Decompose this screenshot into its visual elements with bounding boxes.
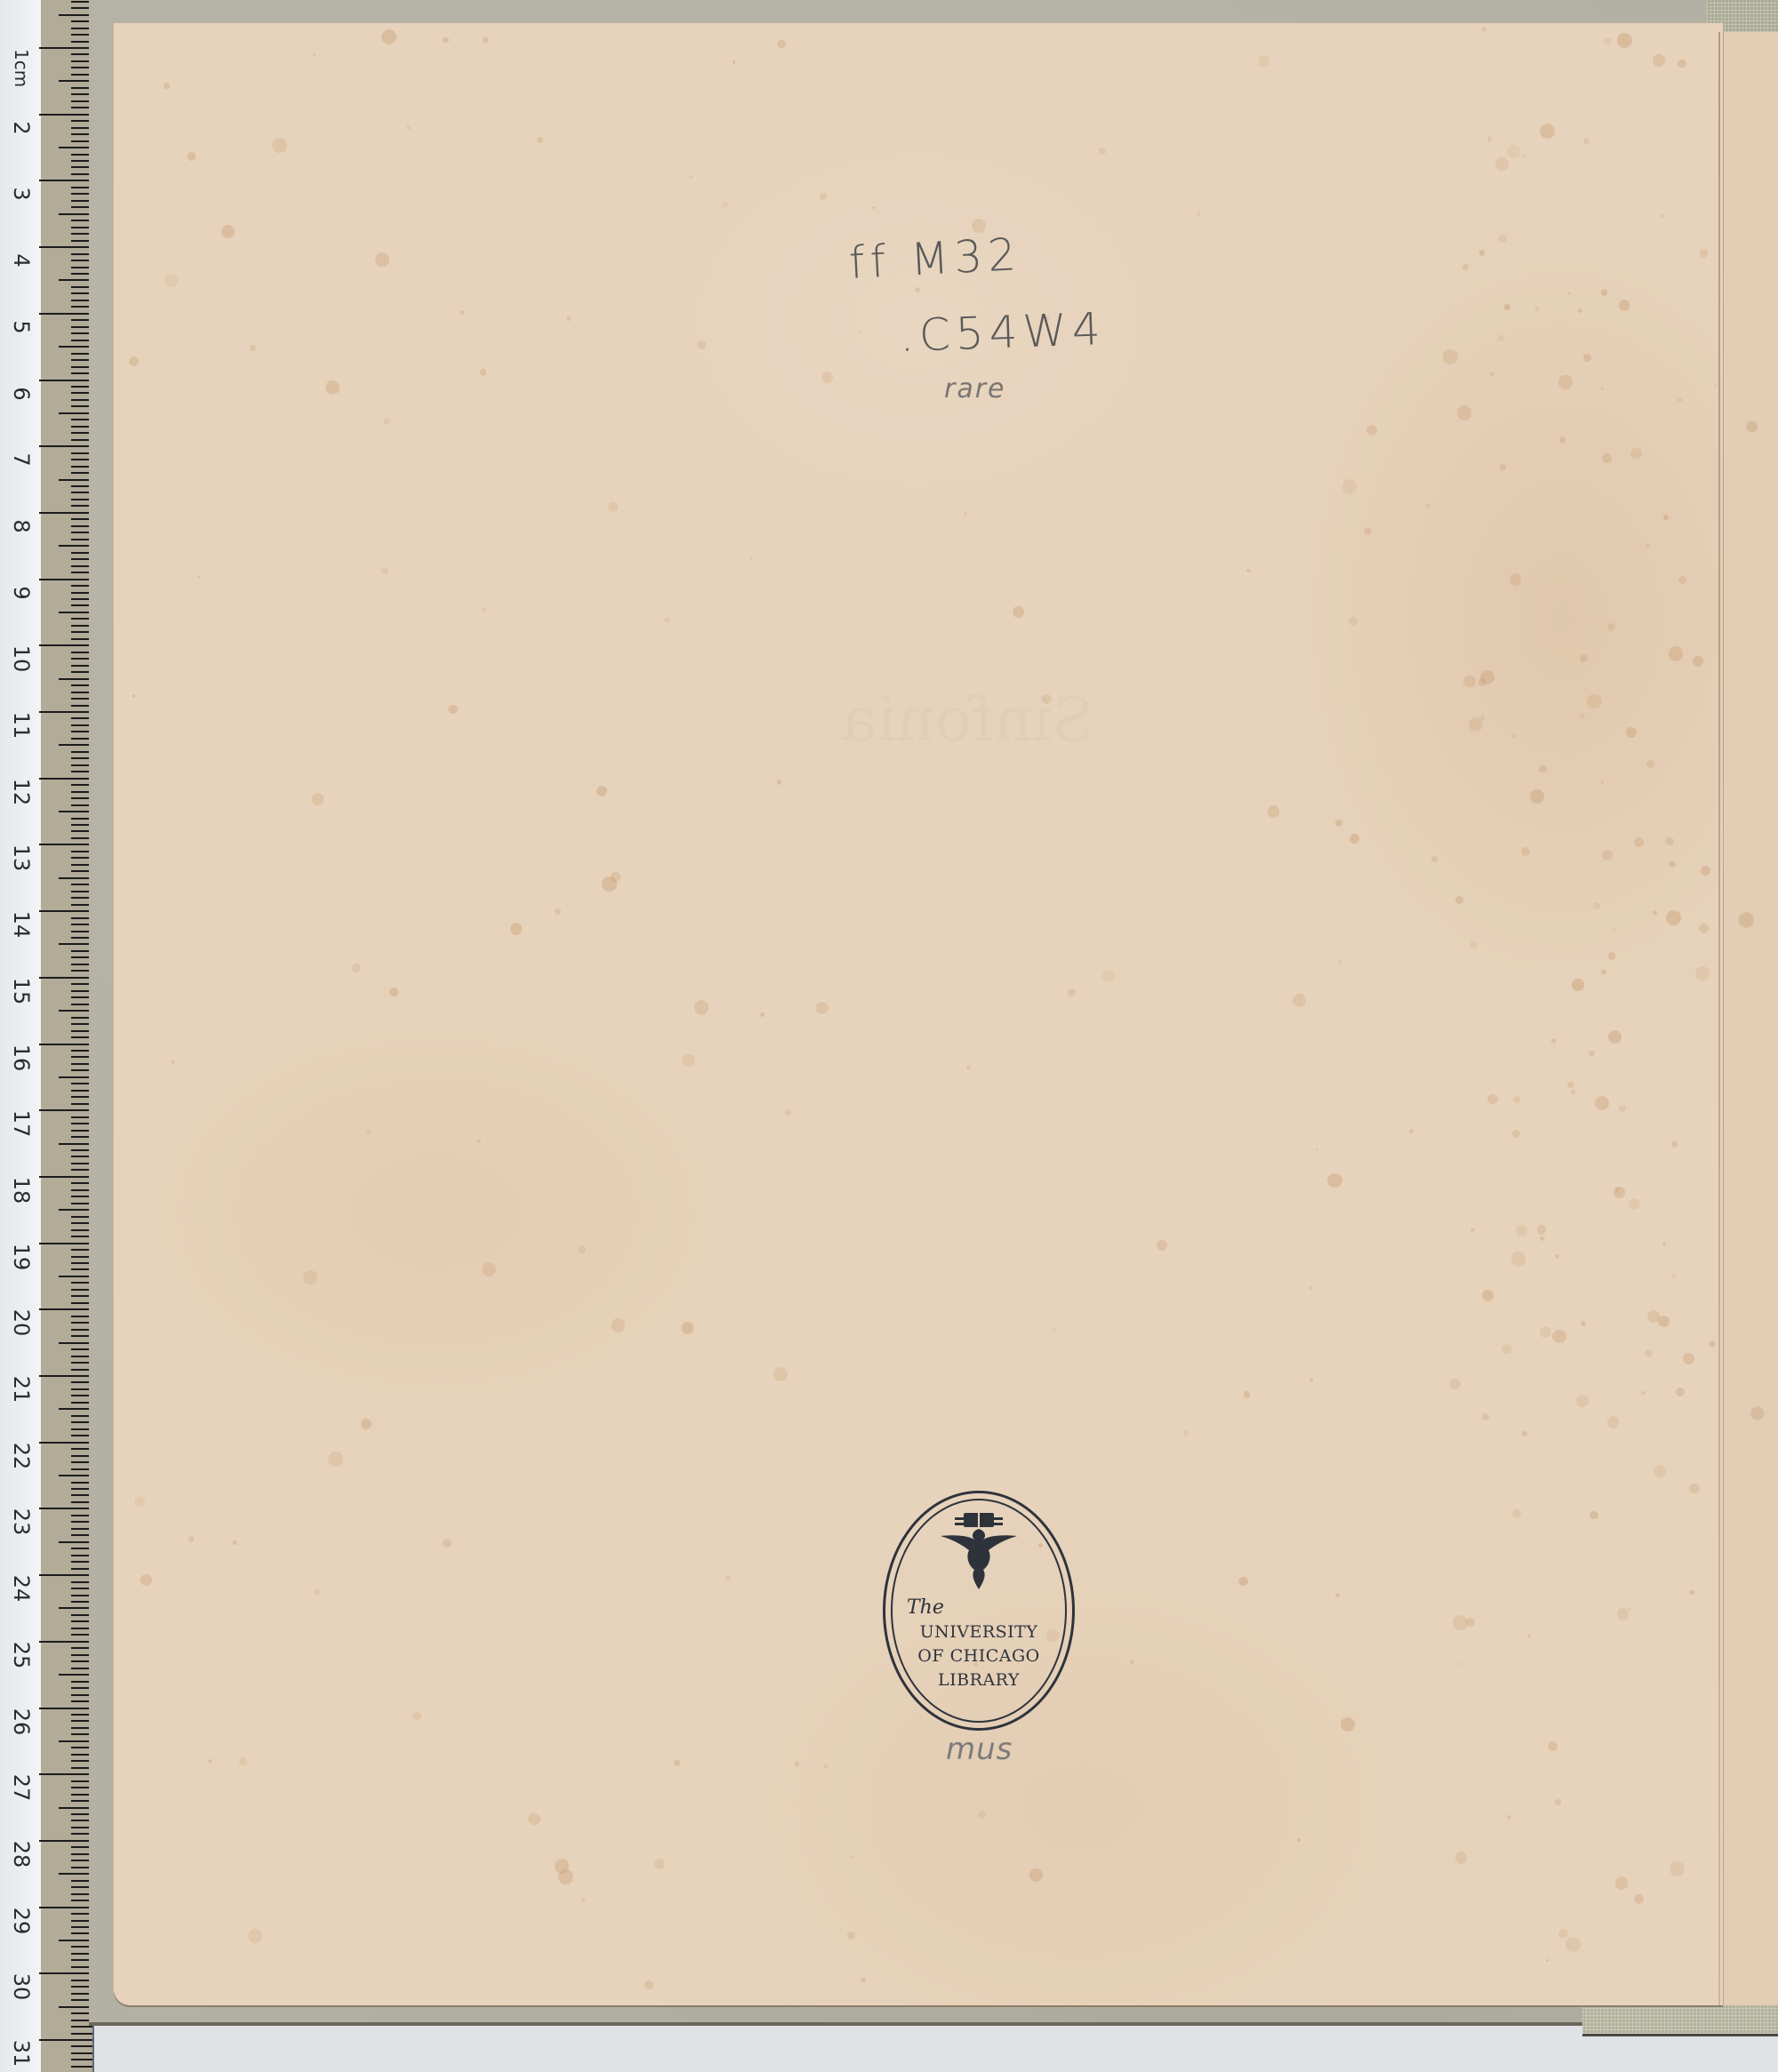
ruler-number: 2 [11, 112, 32, 144]
foxing-spot [1099, 148, 1106, 155]
foxing-spot [1535, 307, 1540, 311]
ruler-tick [59, 678, 92, 680]
foxing-spot [872, 206, 875, 209]
ruler-tick [39, 1840, 92, 1842]
ruler-number: 28 [11, 1838, 32, 1870]
ruler-tick [39, 313, 92, 315]
foxing-spot [1498, 335, 1504, 341]
cloth-binding-bottom [1582, 2005, 1778, 2036]
foxing-spot [1183, 1430, 1189, 1436]
ruler-tick [59, 1940, 92, 1941]
foxing-spot [448, 705, 458, 715]
foxing-spot [1665, 837, 1673, 845]
foxing-spot [1619, 1105, 1626, 1112]
foxing-spot [682, 1054, 694, 1067]
foxing-spot [1646, 760, 1654, 768]
ruler-tick [71, 2059, 92, 2060]
foxing-spot [361, 1419, 372, 1429]
foxing-spot [1512, 1509, 1521, 1518]
foxing-spot [1608, 952, 1616, 960]
ruler-tick [39, 1574, 92, 1576]
foxing-spot [1693, 656, 1703, 667]
foxing-spot [1462, 264, 1469, 270]
foxing-spot [1546, 1959, 1549, 1962]
foxing-spot [1507, 145, 1521, 159]
foxing-spot [510, 923, 523, 935]
foxing-spot [1567, 292, 1571, 295]
foxing-spot [1601, 970, 1606, 975]
foxing-spot [1500, 464, 1507, 471]
ruler-tick [59, 612, 92, 613]
foxing-spot [1578, 308, 1582, 313]
stamp-the: The [907, 1596, 944, 1619]
foxing-spot [1641, 1391, 1645, 1395]
foxing-spot [1246, 569, 1251, 573]
foxing-spot [366, 1129, 371, 1133]
foxing-spot [389, 988, 398, 996]
ruler-tick [71, 2066, 92, 2068]
ruler-tick [39, 47, 92, 49]
foxing-spot [824, 1764, 828, 1768]
foxing-spot [733, 60, 735, 63]
ruler-tick [39, 644, 92, 646]
foxing-spot [612, 1318, 625, 1332]
foxing-spot [1530, 789, 1544, 804]
ruler-tick [39, 445, 92, 447]
ruler-number: 4 [11, 244, 32, 276]
foxing-spot [1490, 372, 1494, 376]
foxing-spot [1455, 896, 1463, 904]
foxing-spot [1645, 1349, 1654, 1358]
foxing-spot [1587, 694, 1602, 709]
foxing-spot [1527, 1635, 1531, 1638]
foxing-spot [1671, 1274, 1675, 1277]
ruler-tick [39, 380, 92, 381]
foxing-spot [250, 345, 256, 351]
foxing-spot [1709, 1340, 1716, 1348]
ruler-number: 3 [11, 178, 32, 210]
foxing-spot [221, 225, 235, 238]
foxing-spot [1268, 805, 1279, 817]
foxing-spot [1558, 375, 1573, 389]
ruler-tick [39, 1308, 92, 1310]
ruler-tick [59, 479, 92, 481]
foxing-spot [1555, 1254, 1559, 1259]
ruler-tick [59, 1475, 92, 1476]
foxing-spot [1580, 714, 1585, 719]
ruler-number: 31 [11, 2037, 32, 2069]
foxing-spot [815, 1002, 829, 1015]
foxing-spot [1338, 960, 1342, 964]
foxing-spot [1583, 354, 1591, 362]
ruler-number: 6 [11, 378, 32, 410]
foxing-spot [1689, 1590, 1694, 1596]
foxing-spot [1482, 1413, 1489, 1420]
foxing-spot [1669, 646, 1684, 661]
foxing-spot [1615, 1876, 1629, 1890]
foxing-spot [1335, 820, 1342, 827]
foxing-spot [1590, 1511, 1598, 1519]
foxing-spot [1626, 727, 1637, 738]
foxing-spot [443, 1539, 452, 1548]
foxing-spot [1629, 1198, 1640, 1210]
foxing-spot [694, 1000, 709, 1014]
ruler-number: 14 [11, 908, 32, 940]
foxing-spot [1510, 573, 1521, 585]
foxing-spot [1683, 1353, 1694, 1364]
foxing-spot [1480, 716, 1485, 720]
call-number-line-2: .C54W4 [899, 303, 1107, 362]
foxing-spot [861, 1978, 865, 1982]
foxing-spot [1666, 910, 1681, 925]
ruler-number: 5 [11, 311, 32, 343]
ruler-number: 11 [11, 709, 32, 741]
foxing-spot [314, 1588, 320, 1595]
stamp-library: LIBRARY [885, 1670, 1072, 1690]
ruler-tick [59, 811, 92, 812]
ruler-tick [39, 1773, 92, 1775]
foxing-spot [1555, 1799, 1560, 1804]
foxing-spot [820, 193, 827, 200]
ruler-number: 1cm [12, 49, 30, 81]
foxing-spot [1589, 1051, 1595, 1057]
ruler-tick [39, 1641, 92, 1643]
foxing-spot [1701, 866, 1710, 876]
foxing-spot [1634, 1894, 1644, 1904]
foxing-spot [352, 964, 361, 972]
library-stamp: The UNIVERSITY OF CHICAGO LIBRARY [883, 1491, 1075, 1731]
foxing-spot [1661, 214, 1665, 219]
foxing-spot [722, 202, 727, 207]
foxing-spot [383, 418, 389, 424]
foxing-spot [1537, 1225, 1547, 1235]
foxing-spot [847, 1932, 855, 1940]
ruler-number: 9 [11, 577, 32, 609]
ruler-tick [59, 147, 92, 148]
foxing-spot [1238, 1577, 1248, 1587]
ruler-tick [39, 1375, 92, 1377]
foxing-spot [1470, 941, 1478, 949]
foxing-spot [664, 617, 670, 623]
foxing-spot [1511, 1252, 1526, 1266]
call-number-line-1: ff M32 [848, 228, 1023, 289]
foxing-spot [1068, 988, 1076, 996]
foxing-spot [1663, 515, 1669, 520]
foxing-spot [578, 1245, 587, 1254]
ruler-tick [59, 1740, 92, 1742]
foxing-spot [325, 380, 340, 395]
ruler-tick [39, 1508, 92, 1509]
foxing-spot [558, 1869, 573, 1884]
ruler-tick [59, 1674, 92, 1676]
foxing-spot [795, 1762, 799, 1766]
foxing-spot [1507, 1815, 1511, 1820]
foxing-spot [1513, 1096, 1520, 1103]
ruler-number: 17 [11, 1108, 32, 1140]
ruler-tick [59, 1276, 92, 1277]
foxing-spot [1455, 1852, 1467, 1863]
foxing-spot [773, 1367, 788, 1381]
ruler-number: 7 [11, 444, 32, 476]
foxing-spot [1567, 1082, 1574, 1088]
foxing-spot [1512, 734, 1517, 739]
foxing-spot [1457, 1662, 1461, 1666]
ruler-tick [59, 943, 92, 945]
foxing-spot [480, 369, 486, 375]
foxing-spot [1297, 1838, 1301, 1842]
foxing-spot [1522, 1431, 1527, 1436]
foxing-spot [750, 557, 753, 560]
ruler-number: 13 [11, 842, 32, 874]
foxing-spot [1364, 527, 1372, 535]
ruler-number: 27 [11, 1772, 32, 1804]
foxing-spot [1613, 928, 1616, 932]
foxing-spot [1316, 1148, 1318, 1151]
foxing-spot [248, 1929, 262, 1943]
foxing-spot [1671, 1141, 1678, 1148]
foxing-spot [1102, 970, 1115, 982]
foxing-spot [1695, 966, 1710, 980]
ruler-tick [59, 1342, 92, 1344]
foxing-spot [1548, 1741, 1557, 1750]
foxing-spot [406, 125, 411, 130]
ruler-number: 24 [11, 1572, 32, 1604]
ruler-tick [59, 877, 92, 879]
ruler-tick [39, 1176, 92, 1178]
ruler-tick [59, 213, 92, 215]
ruler-number: 10 [11, 643, 32, 675]
foxing-spot [849, 1855, 853, 1859]
ruler-number: 29 [11, 1905, 32, 1937]
ruler-number: 18 [11, 1174, 32, 1206]
foxing-spot [1309, 1378, 1313, 1381]
foxing-spot [1572, 979, 1584, 991]
foxing-spot [1157, 1240, 1167, 1251]
foxing-spot [1602, 453, 1612, 463]
foxing-spot [1653, 54, 1665, 67]
foxing-spot [777, 40, 785, 48]
foxing-spot [482, 1262, 496, 1276]
foxing-spot [1566, 1937, 1580, 1951]
foxing-spot [1487, 1094, 1497, 1104]
foxing-spot [239, 1757, 247, 1765]
gutter-fold [1718, 32, 1720, 2005]
foxing-spot [483, 607, 487, 612]
ruler-tick [39, 2039, 92, 2041]
foxing-spot [1449, 1379, 1460, 1389]
ruler-number: 16 [11, 1042, 32, 1074]
foxing-spot [1539, 765, 1547, 773]
foxing-spot [597, 786, 608, 797]
foxing-spot [1614, 1187, 1625, 1198]
ruler-tick [39, 977, 92, 979]
foxing-spot [1581, 1321, 1586, 1326]
foxing-spot [566, 316, 571, 321]
foxing-spot [272, 138, 287, 153]
foxing-spot [1646, 544, 1650, 548]
foxing-spot [312, 793, 324, 804]
foxing-spot [381, 29, 396, 44]
foxing-spot [1480, 670, 1494, 684]
ruler-number: 20 [11, 1307, 32, 1339]
foxing-spot [1453, 1615, 1468, 1630]
foxing-spot [581, 1898, 585, 1901]
foxing-spot [1504, 304, 1510, 310]
foxing-spot [1552, 1330, 1566, 1344]
foxing-spot [1630, 448, 1642, 460]
foxing-spot [555, 908, 561, 915]
foxing-spot [978, 1811, 986, 1819]
foxing-spot [1029, 1868, 1043, 1882]
foxing-spot [1523, 155, 1526, 157]
ruler-tick [39, 180, 92, 181]
foxing-spot [1558, 1929, 1568, 1939]
ruler-number: 15 [11, 975, 32, 1007]
foxing-spot [134, 1496, 145, 1507]
ruler-tick [71, 2045, 92, 2047]
foxing-spot [689, 175, 693, 179]
ruler-tick [59, 346, 92, 348]
ruler-tick [59, 1408, 92, 1410]
foxing-spot [674, 1760, 680, 1766]
ruler-number: 26 [11, 1706, 32, 1738]
foxing-spot [1571, 1090, 1575, 1094]
foxing-spot [1714, 384, 1717, 387]
foxing-spot [1258, 55, 1269, 67]
foxing-spot [1654, 1465, 1666, 1477]
foxing-spot [1540, 1236, 1544, 1241]
ruler-tick [59, 545, 92, 547]
foxing-spot [537, 137, 543, 143]
foxing-spot [1559, 436, 1566, 443]
foxing-spot [1700, 249, 1708, 257]
foxing-spot [528, 1813, 540, 1825]
foxing-spot [1670, 1861, 1685, 1876]
foxing-spot [964, 512, 967, 516]
foxing-spot [1607, 1416, 1619, 1428]
foxing-spot [164, 274, 178, 287]
foxing-spot [1013, 606, 1025, 619]
foxing-spot [1617, 33, 1632, 48]
ruler-number: 12 [11, 776, 32, 808]
ruler-scale-strip: 1cm2345678910111213141516171819202122232… [0, 0, 41, 2072]
foxing-spot [1042, 694, 1052, 704]
ruler-tick [59, 1807, 92, 1809]
ruler-tick [59, 1076, 92, 1078]
ruler-tick [59, 1143, 92, 1145]
foxing-spot [1619, 300, 1630, 311]
foxing-spot [1601, 388, 1604, 390]
foxing-spot [777, 780, 781, 784]
foxing-spot [1327, 1173, 1342, 1188]
foxing-spot [1699, 924, 1709, 933]
ruler-tick [39, 1109, 92, 1111]
foxing-spot [197, 575, 201, 579]
foxing-spot [208, 1759, 212, 1764]
foxing-spot [1409, 1129, 1413, 1132]
foxing-spot [1551, 1038, 1557, 1044]
foxing-spot [1366, 425, 1377, 436]
foxing-spot [132, 694, 135, 697]
ruler-tick [39, 711, 92, 713]
foxing-spot [645, 1980, 653, 1989]
foxing-spot [1540, 124, 1555, 139]
foxing-spot [1521, 847, 1530, 856]
ruler-tick [59, 279, 92, 281]
foxing-spot [129, 356, 139, 366]
foxing-spot [375, 252, 389, 267]
foxing-spot [164, 83, 169, 88]
ruler-tick [59, 1209, 92, 1211]
ruler-number: 25 [11, 1639, 32, 1671]
foxing-spot [915, 287, 920, 292]
adjacent-leaf [1722, 32, 1778, 2005]
foxing-spot [1540, 1326, 1551, 1338]
foxing-spot [1487, 136, 1492, 140]
ruler-tick [39, 114, 92, 116]
ruler-tick [59, 1873, 92, 1875]
ruler-tick [39, 512, 92, 514]
foxing-spot [1576, 1395, 1589, 1407]
foxing-spot [1481, 27, 1486, 32]
foxing-spot [654, 1859, 665, 1869]
foxing-spot [1634, 837, 1644, 847]
ruler-tick [59, 80, 92, 82]
foxing-spot [1342, 479, 1358, 494]
ruler-number: 22 [11, 1440, 32, 1472]
ruler-tick [59, 744, 92, 746]
foxing-spot [785, 1109, 791, 1116]
ruler-tick [59, 1541, 92, 1543]
stamp-of-chicago: OF CHICAGO [885, 1646, 1072, 1666]
foxing-spot [188, 152, 196, 161]
foxing-spot [760, 1012, 765, 1017]
foxing-spot [1499, 235, 1507, 243]
foxing-spot [443, 37, 449, 44]
foxing-spot [1335, 1594, 1339, 1597]
foxing-spot [140, 1574, 152, 1586]
ruler-tick [71, 2052, 92, 2054]
ruler-tick [39, 1907, 92, 1908]
ruler-number: 8 [11, 510, 32, 542]
foxing-spot [1601, 289, 1607, 295]
foxing-spot [1130, 1660, 1133, 1664]
ruler-tick [71, 2033, 92, 2035]
foxing-spot [1470, 1228, 1475, 1232]
foxing-spot [859, 330, 862, 333]
foxing-spot [381, 567, 388, 574]
ruler-tick [39, 1972, 92, 1974]
ruler-tick [59, 1010, 92, 1012]
foxing-spot [1601, 781, 1604, 784]
foxing-spot [1293, 994, 1306, 1007]
foxing-spot [1349, 617, 1358, 626]
ruler-tick [71, 2026, 92, 2028]
ruler-tick [59, 1607, 92, 1609]
foxing-spot [1602, 850, 1613, 860]
foxing-spot [1604, 37, 1612, 45]
foxing-spot [1309, 1286, 1312, 1289]
foxing-spot [1653, 910, 1657, 915]
foxing-spot [1580, 654, 1588, 662]
ruler-number: 21 [11, 1373, 32, 1405]
foxing-spot [1426, 503, 1430, 508]
foxing-spot [1617, 1608, 1629, 1620]
ruler-tick [39, 1243, 92, 1244]
foxing-spot [1662, 1242, 1667, 1246]
foxing-spot [608, 502, 618, 512]
foxing-spot [821, 372, 833, 383]
